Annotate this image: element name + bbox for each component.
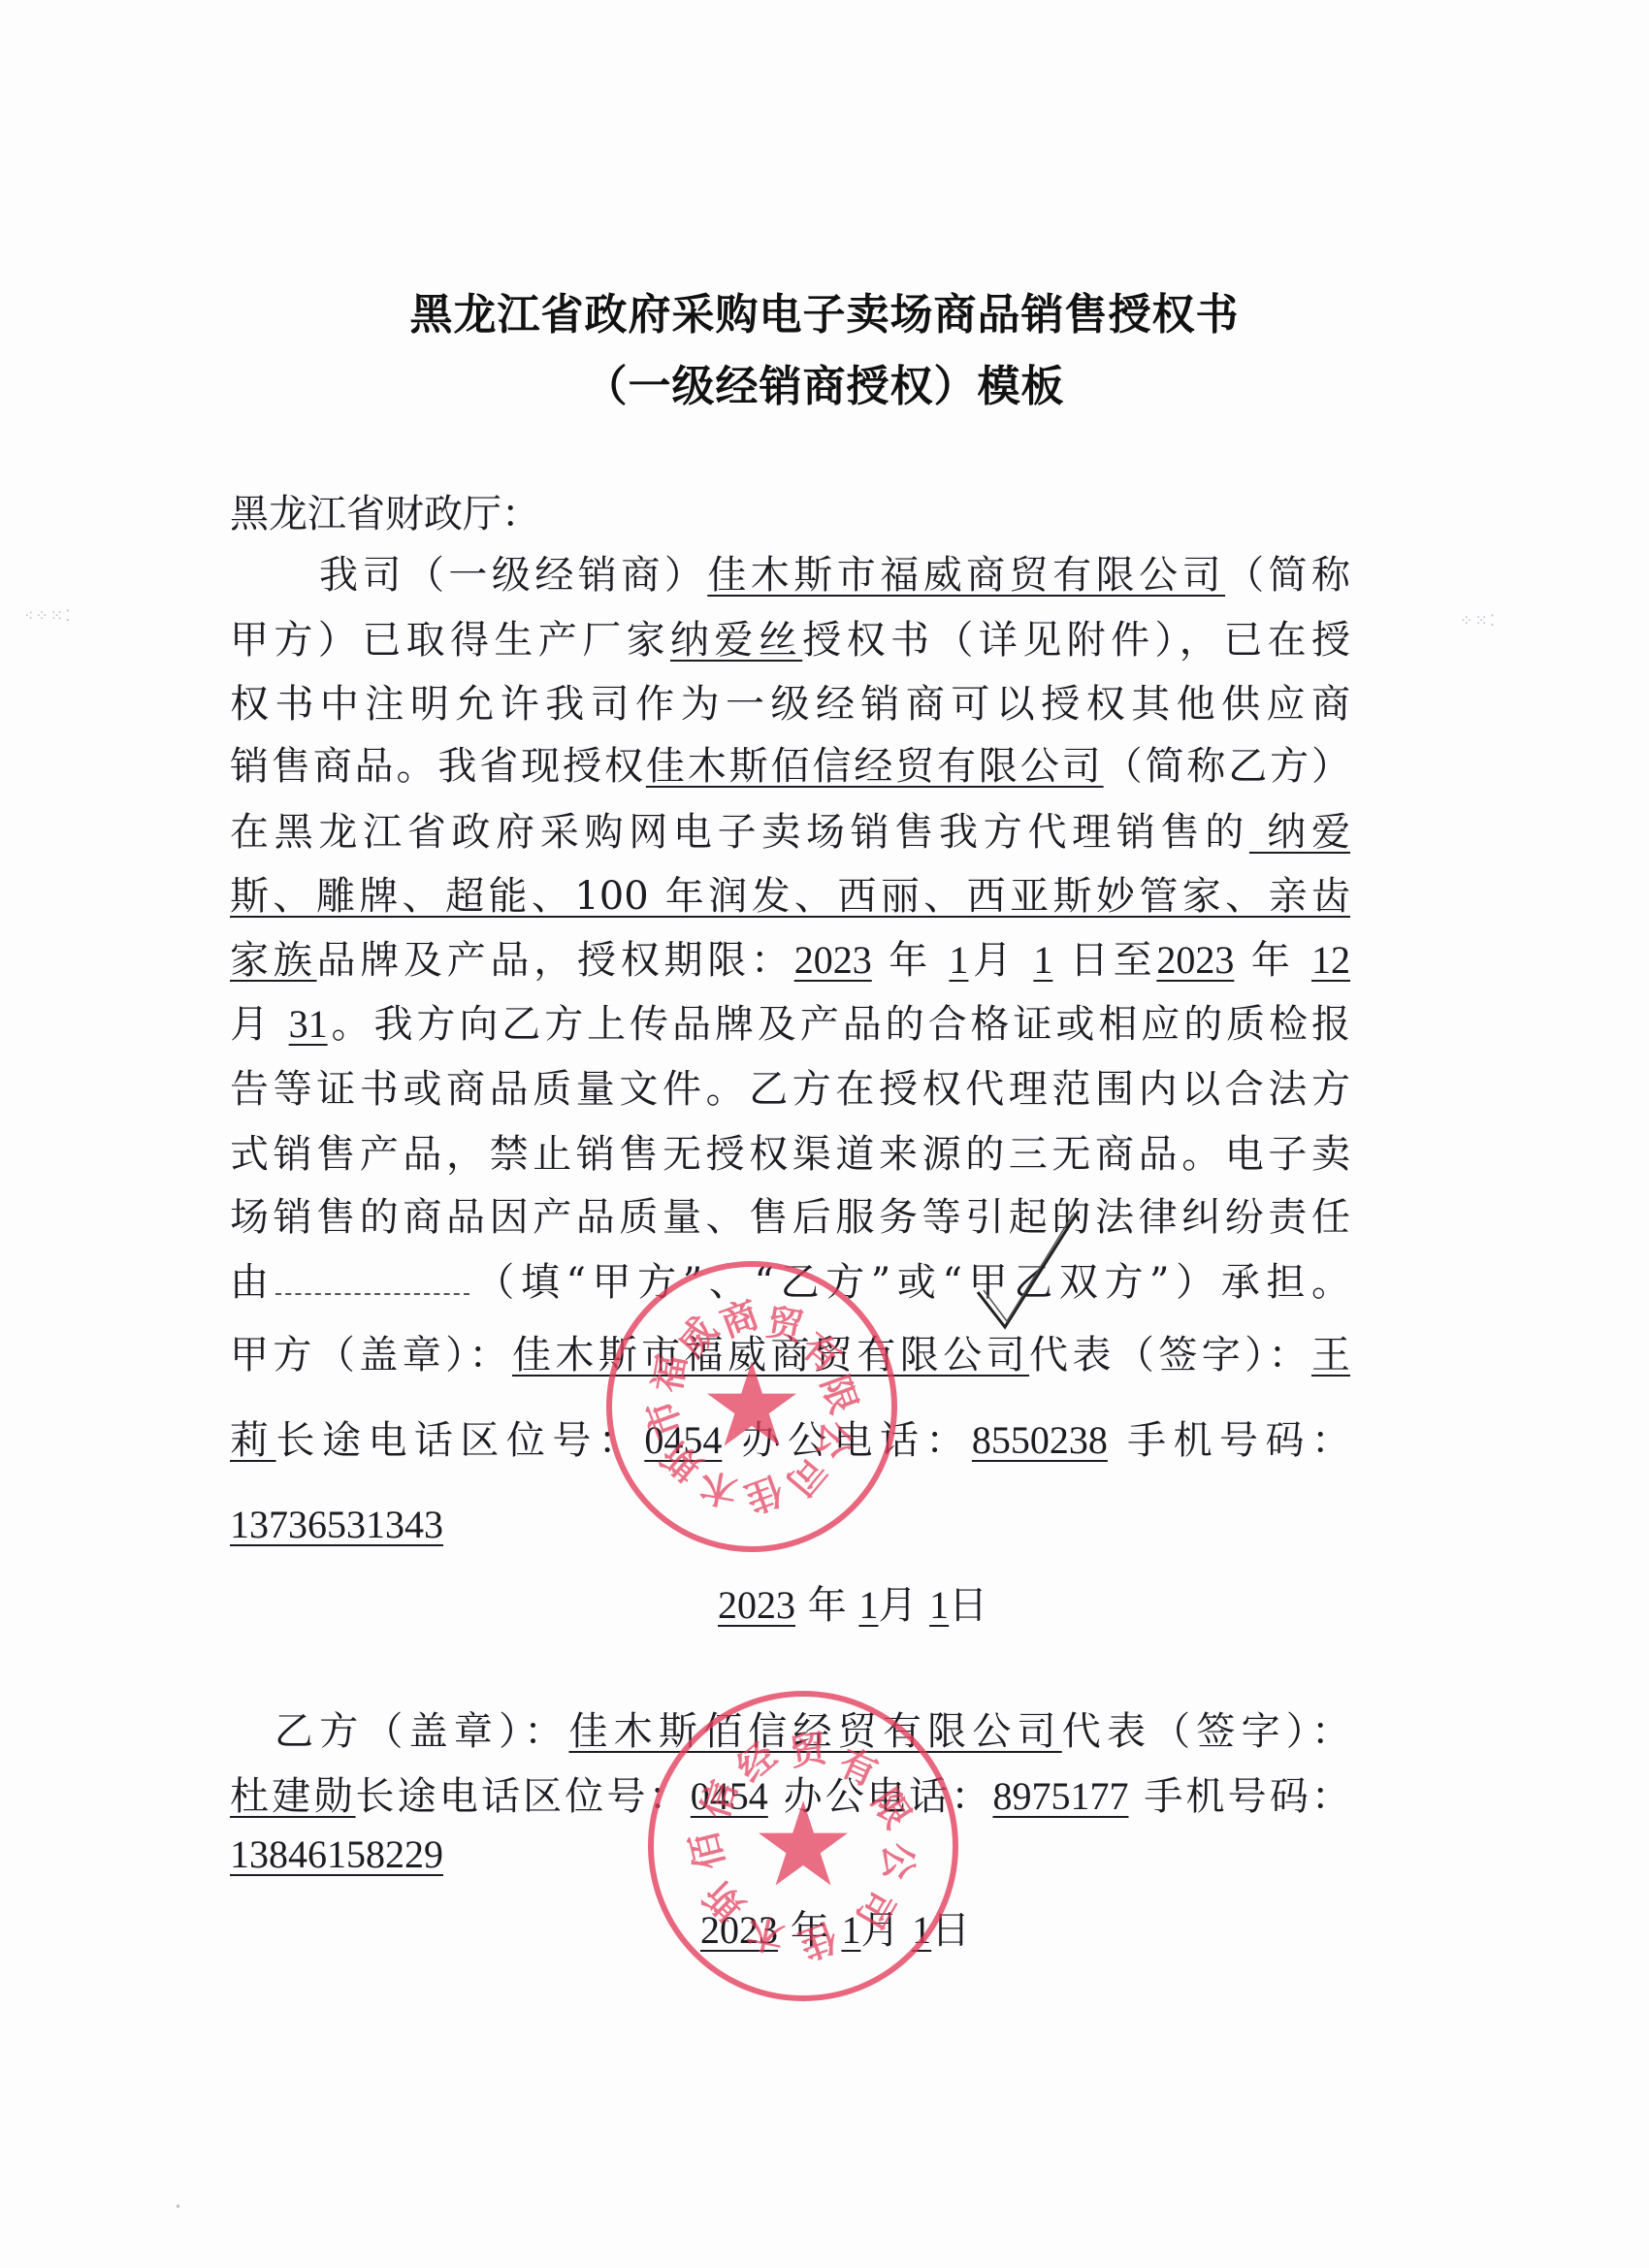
authorized-brands-2: 斯、雕牌、超能、100 年润发、西丽、西亚斯妙管家、亲齿 <box>230 874 1350 919</box>
party-b-office-phone: 8975177 <box>992 1774 1128 1818</box>
manufacturer-brand: 纳爱丝 <box>670 618 802 663</box>
party-b-date: 2023 年 1月 1日 <box>700 1906 1185 1955</box>
body-line-5: 在黑龙江省政府采购网电子卖场销售我方代理销售的 纳爱 <box>230 808 1350 857</box>
body-line-3: 权书中注明允许我司作为一级经销商可以授权其他供应商 <box>230 680 1350 729</box>
body-line-9: 告等证书或商品质量文件。乙方在授权代理范围内以合法方 <box>230 1065 1350 1114</box>
party-b-area-code: 0454 <box>691 1774 768 1818</box>
end-month: 12 <box>1311 938 1350 982</box>
party-a-date: 2023 年 1月 1日 <box>718 1581 1203 1630</box>
party-b-mobile: 13846158229 <box>230 1832 443 1876</box>
party-a-company: 佳木斯市福威商贸有限公司 <box>512 1333 1029 1377</box>
start-day: 1 <box>1033 938 1052 982</box>
document-page: ⁖⁘⁙⁚ ⁘⁙⁚ • 黑龙江省政府采购电子卖场商品销售授权书 （一级经销商授权）… <box>0 0 1649 2268</box>
scan-artifact-left: ⁖⁘⁙⁚ <box>24 606 72 625</box>
body-line-2: 甲方）已取得生产厂家纳爱丝授权书（详见附件），已在授 <box>230 616 1350 664</box>
party-a-line-3: 13736531343 <box>230 1501 1350 1549</box>
start-month: 1 <box>949 938 968 982</box>
party-a-company-ref: 佳木斯市福威商贸有限公司 <box>707 553 1225 598</box>
document-subtitle: （一级经销商授权）模板 <box>0 351 1649 413</box>
party-a-rep-name-2: 莉 <box>230 1418 275 1463</box>
body-line-1: 我司（一级经销商）佳木斯市福威商贸有限公司（简称 <box>319 551 1350 599</box>
party-b-line-3: 13846158229 <box>230 1831 1350 1879</box>
party-b-rep-name: 杜建勋 <box>230 1774 356 1819</box>
body-line-6: 斯、雕牌、超能、100 年润发、西丽、西亚斯妙管家、亲齿 <box>230 872 1350 921</box>
start-year: 2023 <box>794 938 872 982</box>
liability-blank-field[interactable] <box>275 1260 469 1295</box>
party-b-company-ref: 佳木斯佰信经贸有限公司 <box>646 744 1104 789</box>
party-a-area-code: 0454 <box>644 1418 722 1462</box>
party-a-mobile: 13736531343 <box>230 1503 443 1546</box>
party-a-line-2: 莉长途电话区位号：0454 办公电话：8550238 手机号码： <box>230 1416 1350 1465</box>
party-b-line-2: 杜建勋长途电话区位号：0454 办公电话：8975177 手机号码： <box>230 1772 1350 1821</box>
party-a-rep-name-1: 王 <box>1311 1333 1350 1377</box>
party-a-line-1: 甲方（盖章）：佳木斯市福威商贸有限公司代表（签字）：王 <box>230 1331 1350 1379</box>
authorized-brands-3: 家族 <box>230 938 317 983</box>
authorized-brands-1: 纳爱 <box>1249 810 1350 855</box>
body-line-11: 场销售的商品因产品质量、售后服务等引起的法律纠纷责任 <box>230 1193 1350 1242</box>
body-line-12: 由（填“甲方”、“乙方”或“甲乙双方”）承担。 <box>230 1258 1350 1307</box>
body-line-8: 月 31。我方向乙方上传品牌及产品的合格证或相应的质检报 <box>230 1000 1350 1049</box>
body-line-4: 销售商品。我省现授权佳木斯佰信经贸有限公司（简称乙方） <box>230 742 1350 791</box>
document-title: 黑龙江省政府采购电子卖场商品销售授权书 <box>0 279 1649 341</box>
end-year: 2023 <box>1156 938 1234 982</box>
body-line-10: 式销售产品，禁止销售无授权渠道来源的三无商品。电子卖 <box>230 1130 1350 1179</box>
checkmark-icon <box>970 1203 1086 1339</box>
scan-artifact-right: ⁘⁙⁚ <box>1460 611 1497 630</box>
end-day: 31 <box>289 1002 328 1046</box>
party-b-line-1: 乙方（盖章）：佳木斯佰信经贸有限公司代表（签字）： <box>275 1707 1350 1756</box>
body-line-7: 家族品牌及产品，授权期限：2023 年 1月 1 日至2023 年 12 <box>230 936 1350 985</box>
party-b-company: 佳木斯佰信经贸有限公司 <box>568 1709 1061 1754</box>
scan-artifact-bottom: • <box>175 2200 183 2214</box>
addressee: 黑龙江省财政厅： <box>230 490 1350 538</box>
party-a-office-phone: 8550238 <box>972 1418 1108 1462</box>
